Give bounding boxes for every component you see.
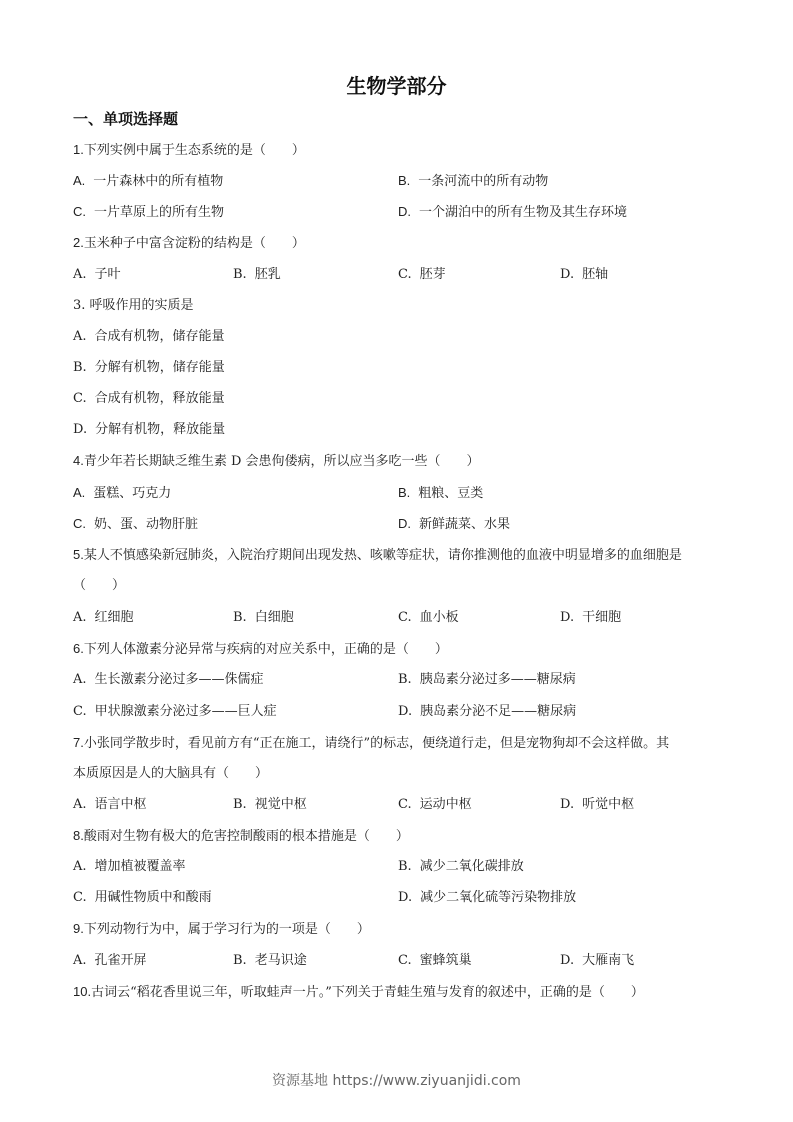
question-7-stem: 7.小张同学散步时，看见前方有“正在施工，请绕行”的标志，便绕道行走，但是宠物狗… xyxy=(73,734,669,753)
option-b[interactable]: B.胰岛素分泌过多——糖尿病 xyxy=(398,671,576,689)
question-7-stem-continued: 本质原因是人的大脑具有（ ） xyxy=(73,765,268,783)
question-5-options: A.红细胞 B.白细胞 C.血小板 D.干细胞 xyxy=(73,609,733,627)
question-8-options-row-2: C.用碱性物质中和酸雨 D.减少二氧化硫等污染物排放 xyxy=(73,889,733,907)
option-a[interactable]: A.一片森林中的所有植物 xyxy=(73,172,223,191)
option-a[interactable]: A.蛋糕、巧克力 xyxy=(73,484,171,503)
question-4-stem: 4.青少年若长期缺乏维生素 D 会患佝偻病，所以应当多吃一些（ ） xyxy=(73,452,480,471)
option-c[interactable]: C.血小板 xyxy=(398,609,459,627)
question-7-options: A.语言中枢 B.视觉中枢 C.运动中枢 D.听觉中枢 xyxy=(73,796,733,814)
option-b[interactable]: B.视觉中枢 xyxy=(233,796,307,814)
question-1-options-row-1: A.一片森林中的所有植物 B.一条河流中的所有动物 xyxy=(73,172,733,190)
question-4-options-row-1: A.蛋糕、巧克力 B.粗粮、豆类 xyxy=(73,484,733,502)
option-a[interactable]: A.语言中枢 xyxy=(73,796,147,814)
question-2-options: A.子叶 B.胚乳 C.胚芽 D.胚轴 xyxy=(73,266,733,284)
option-c[interactable]: C.奶、蛋、动物肝脏 xyxy=(73,515,198,534)
option-b[interactable]: B.老马识途 xyxy=(233,952,307,970)
option-c[interactable]: C.用碱性物质中和酸雨 xyxy=(73,889,212,907)
question-9-options: A.孔雀开屏 B.老马识途 C.蜜蜂筑巢 D.大雁南飞 xyxy=(73,952,733,970)
question-6-options-row-2: C.甲状腺激素分泌过多——巨人症 D.胰岛素分泌不足——糖尿病 xyxy=(73,703,733,721)
option-b[interactable]: B.胚乳 xyxy=(233,266,281,284)
question-3-option-a[interactable]: A.合成有机物，储存能量 xyxy=(73,328,733,346)
option-d[interactable]: D.一个湖泊中的所有生物及其生存环境 xyxy=(398,203,627,222)
question-3-option-b[interactable]: B.分解有机物，储存能量 xyxy=(73,359,733,377)
question-6-stem: 6.下列人体激素分泌异常与疾病的对应关系中，正确的是（ ） xyxy=(73,640,448,659)
question-4-options-row-2: C.奶、蛋、动物肝脏 D.新鲜蔬菜、水果 xyxy=(73,515,733,533)
question-10-stem: 10.古词云“稻花香里说三年，听取蛙声一片。”下列关于青蛙生殖与发育的叙述中，正… xyxy=(73,983,644,1002)
question-8-stem: 8.酸雨对生物有极大的危害控制酸雨的根本措施是（ ） xyxy=(73,827,409,846)
question-2-stem: 2.玉米种子中富含淀粉的结构是（ ） xyxy=(73,234,305,253)
question-5-stem: 5.某人不慎感染新冠肺炎，入院治疗期间出现发热、咳嗽等症状，请你推测他的血液中明… xyxy=(73,546,682,565)
option-b[interactable]: B.粗粮、豆类 xyxy=(398,484,483,503)
option-b[interactable]: B.一条河流中的所有动物 xyxy=(398,172,548,191)
page-title: 生物学部分 xyxy=(0,70,793,99)
option-d[interactable]: D.听觉中枢 xyxy=(560,796,634,814)
option-a[interactable]: A.增加植被覆盖率 xyxy=(73,858,186,876)
question-3-option-c[interactable]: C.合成有机物，释放能量 xyxy=(73,390,733,408)
question-6-options-row-1: A.生长激素分泌过多——侏儒症 B.胰岛素分泌过多——糖尿病 xyxy=(73,671,733,689)
option-d[interactable]: D.大雁南飞 xyxy=(560,952,634,970)
option-d[interactable]: D.减少二氧化硫等污染物排放 xyxy=(398,889,576,907)
option-b[interactable]: B.减少二氧化碳排放 xyxy=(398,858,524,876)
document-page: 生物学部分 一、单项选择题 1.下列实例中属于生态系统的是（ ） A.一片森林中… xyxy=(0,0,793,1122)
option-d[interactable]: D.胚轴 xyxy=(560,266,608,284)
option-c[interactable]: C.胚芽 xyxy=(398,266,446,284)
question-9-stem: 9.下列动物行为中，属于学习行为的一项是（ ） xyxy=(73,920,370,939)
question-5-stem-continued: （ ） xyxy=(73,577,125,595)
question-8-options-row-1: A.增加植被覆盖率 B.减少二氧化碳排放 xyxy=(73,858,733,876)
option-c[interactable]: C.一片草原上的所有生物 xyxy=(73,203,224,222)
question-1-stem: 1.下列实例中属于生态系统的是（ ） xyxy=(73,141,305,160)
question-3-stem: 3. 呼吸作用的实质是 xyxy=(73,297,194,315)
option-a[interactable]: A.子叶 xyxy=(73,266,121,284)
option-d[interactable]: D.干细胞 xyxy=(560,609,621,627)
option-c[interactable]: C.运动中枢 xyxy=(398,796,472,814)
option-a[interactable]: A.孔雀开屏 xyxy=(73,952,147,970)
question-1-options-row-2: C.一片草原上的所有生物 D.一个湖泊中的所有生物及其生存环境 xyxy=(73,203,733,221)
option-b[interactable]: B.白细胞 xyxy=(233,609,294,627)
section-heading: 一、单项选择题 xyxy=(73,108,178,129)
option-d[interactable]: D.胰岛素分泌不足——糖尿病 xyxy=(398,703,576,721)
question-3-option-d[interactable]: D.分解有机物，释放能量 xyxy=(73,421,733,439)
option-c[interactable]: C.蜜蜂筑巢 xyxy=(398,952,472,970)
option-a[interactable]: A.红细胞 xyxy=(73,609,134,627)
footer-watermark: 资源基地 https://www.ziyuanjidi.com xyxy=(0,1070,793,1090)
option-c[interactable]: C.甲状腺激素分泌过多——巨人症 xyxy=(73,703,277,721)
option-a[interactable]: A.生长激素分泌过多——侏儒症 xyxy=(73,671,264,689)
option-d[interactable]: D.新鲜蔬菜、水果 xyxy=(398,515,510,534)
